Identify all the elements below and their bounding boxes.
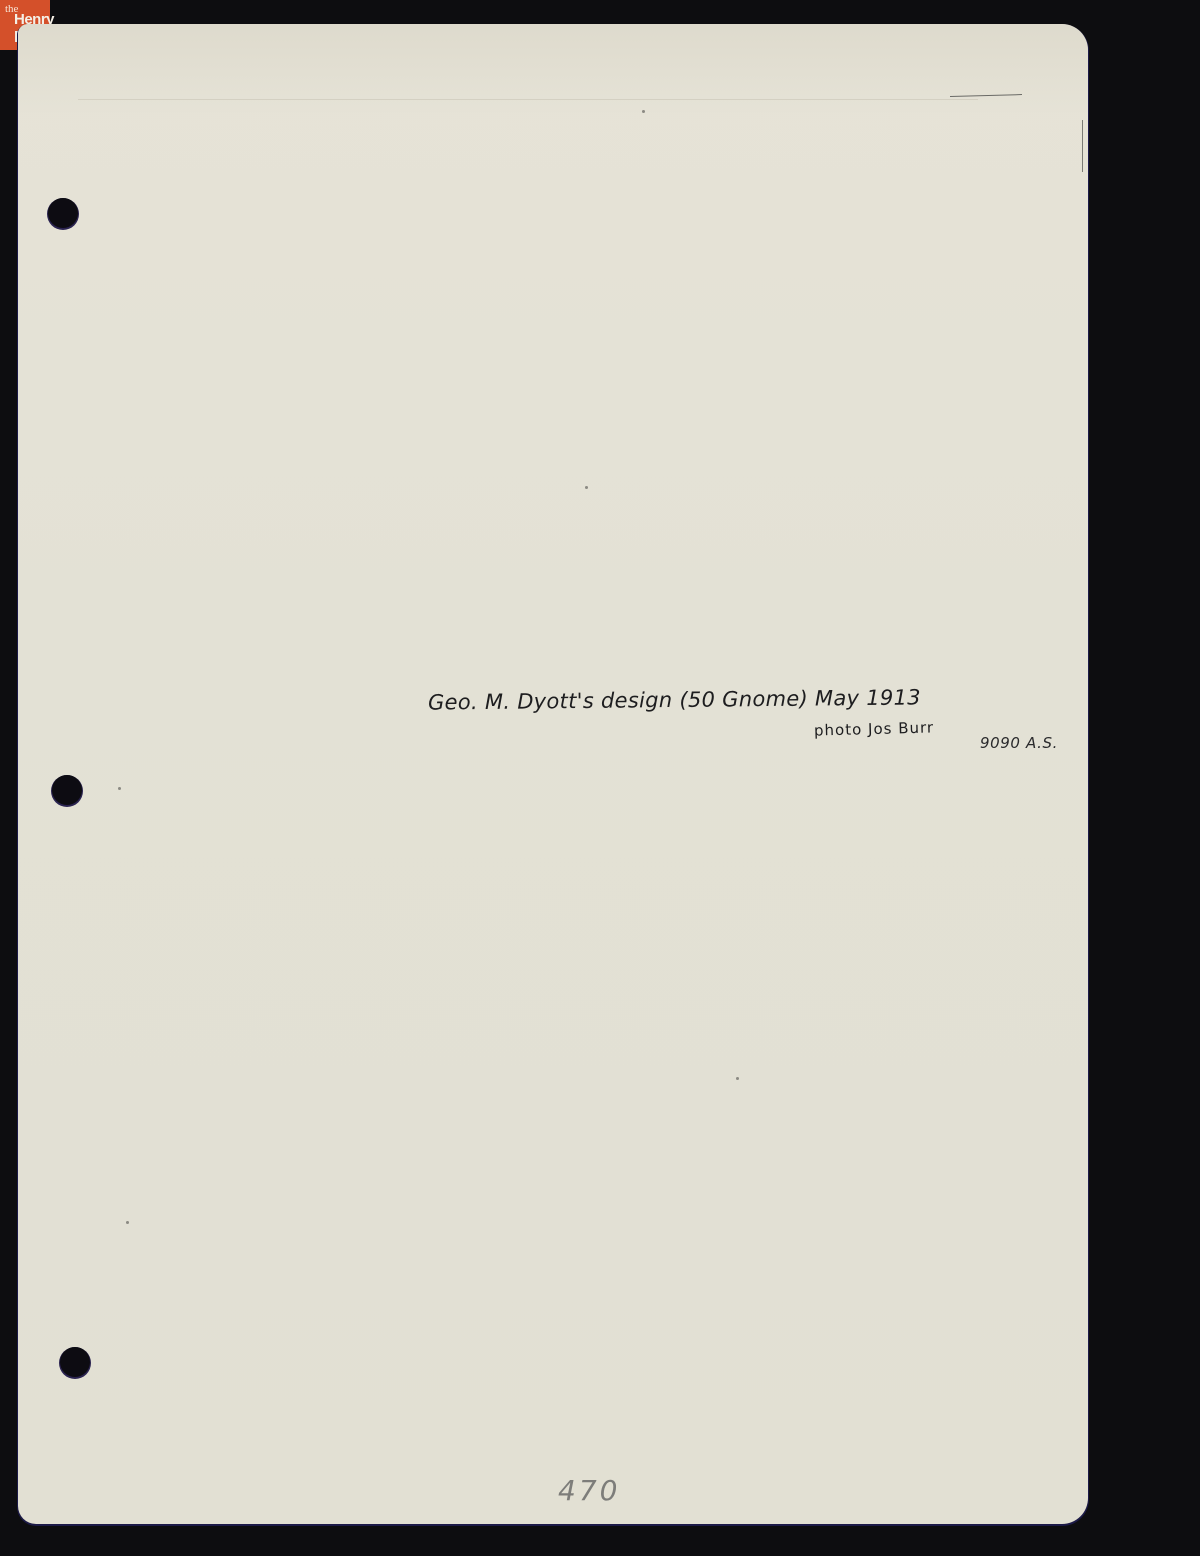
pencil-mark-vertical [1082,120,1083,172]
accession-number: 9090 A.S. [980,734,1058,752]
pencil-mark-horizontal [950,94,1022,97]
handwritten-photo-credit: photo Jos Burr [814,718,935,739]
paper-crease [78,99,978,100]
paper-speck [736,1077,739,1080]
paper-speck [642,110,645,113]
punch-hole-bottom [60,1347,90,1377]
punch-hole-top [48,198,78,228]
paper-speck [118,787,121,790]
punch-hole-middle [52,775,82,805]
paper-speck [126,1221,129,1224]
paper-speck [585,486,588,489]
handwritten-caption: Geo. M. Dyott's design (50 Gnome) May 19… [428,685,921,714]
photo-mount-sheet: Geo. M. Dyott's design (50 Gnome) May 19… [18,24,1088,1524]
pencil-page-number: 470 [558,1474,620,1507]
